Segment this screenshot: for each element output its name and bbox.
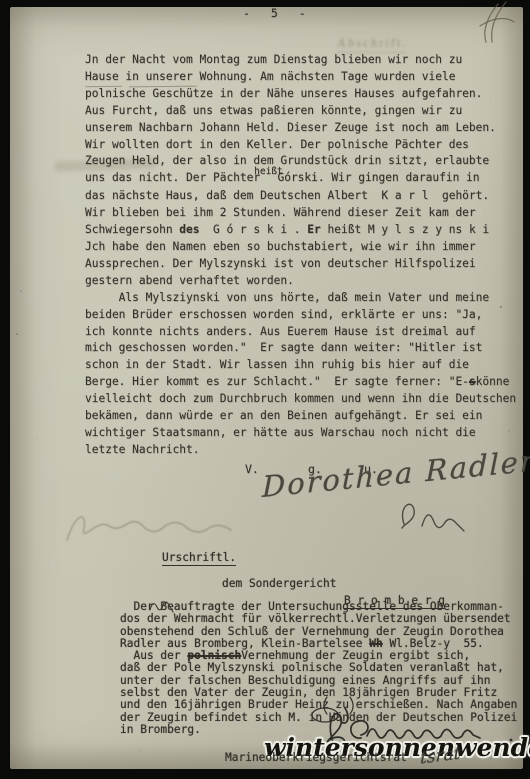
text-line: schon in der Stadt. Wir lassen ihn ruhig… [85, 357, 521, 374]
text-line: gestern abend verhaftet worden. [85, 273, 521, 290]
text-line: Aus Furcht, daß uns etwas paßieren könnt… [85, 103, 521, 120]
abschrift-stamp: Abschrift. [336, 36, 408, 53]
text-line: uns das nicht. Der Pächterheißt Górski. … [85, 170, 521, 188]
text-line: Wir blieben bei ihm 2 Stunden. Während d… [85, 205, 521, 222]
text-line: Zeugen Held, der also in dem Grundstück … [85, 153, 521, 170]
vgu-v: V. [245, 462, 259, 476]
text-line: mich geschossen worden." Er sagte dann w… [85, 340, 521, 357]
text-line: Wir wollten dort in den Keller. Der poln… [85, 137, 521, 154]
text-line: beiden Brüder erschossen worden sind, er… [85, 307, 521, 324]
text-line: vielleicht doch zum Durchbruch kommen un… [85, 391, 521, 408]
text-line: Aussprechen. Der Mylszynski ist von deut… [85, 256, 521, 273]
faint-pencil-signature [55, 498, 255, 553]
text-line: dos der Wehrmacht für völkerrechtl.Verle… [120, 613, 522, 625]
body-paragraph-main: Jn der Nacht vom Montag zum Dienstag bli… [85, 52, 521, 459]
text-line: Jch habe den Namen eben so buchstabiert,… [85, 239, 521, 256]
text-line: Berge. Hier kommt es zur Schlacht." Er s… [85, 374, 521, 391]
text-line: Schwiegersohn des G ó r s k i . Er heißt… [85, 222, 521, 239]
officer-title: Marineoberkriegsgerichtsrat [225, 752, 407, 764]
officer-title-hand-overlay: tsrat [420, 743, 461, 768]
text-line: polnische Geschütze in der Nähe unseres … [85, 86, 521, 103]
sondergericht-label: dem Sondergericht [222, 577, 337, 590]
signature-paraph-scribble [392, 494, 476, 538]
text-line: Hause in unserer Wohnung. Am nächsten Ta… [85, 69, 521, 86]
document-content: - 5 - Abschrift. Jn der Nacht vom Montag… [0, 0, 530, 779]
text-line: bekämen, dann würde er an den Beinen auf… [85, 408, 521, 425]
hand-correction-mark [148, 596, 178, 614]
text-line: wichtiger Staatsmann, er hätte aus Warsc… [85, 425, 521, 442]
document-photo: - 5 - Abschrift. Jn der Nacht vom Montag… [0, 0, 530, 779]
text-line: ich konnte nichts anders. Aus Euerem Hau… [85, 324, 521, 341]
text-line: Als Mylsziynski von uns hörte, daß mein … [85, 290, 521, 307]
page-number: - 5 - [243, 6, 313, 20]
text-line: daß der Pole Mylszynski polnische Soldat… [120, 662, 522, 674]
text-line: das nächste Haus, daß dem Deutschen Albe… [85, 188, 521, 205]
text-line: unserem Nachbarn Johann Held. Dieser Zeu… [85, 120, 521, 137]
text-line: Jn der Nacht vom Montag zum Dienstag bli… [85, 52, 521, 69]
urschrift-label: Urschriftl. [162, 551, 236, 566]
pencil-flourish-mark [462, 0, 524, 46]
